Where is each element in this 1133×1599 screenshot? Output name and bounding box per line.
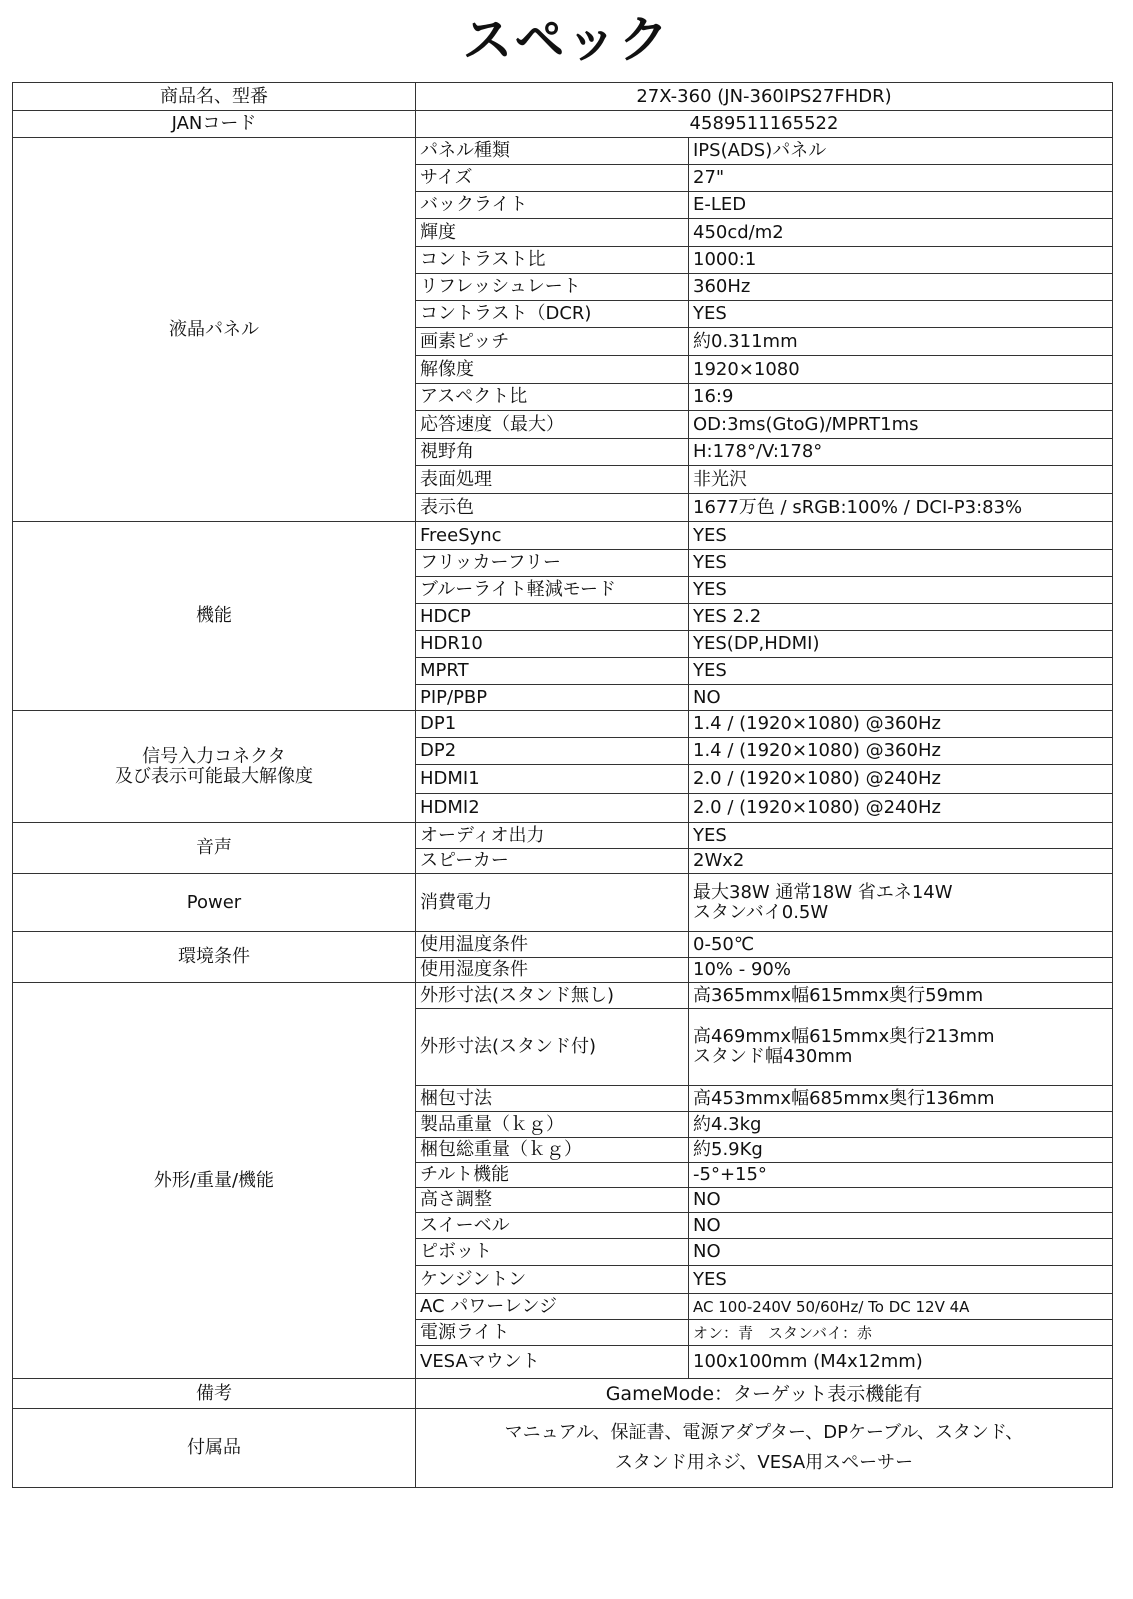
spec-row-jan-code: JANコード 4589511165522 xyxy=(13,111,1113,138)
spec-value: YES xyxy=(689,577,1113,604)
spec-item: VESAマウント xyxy=(416,1346,689,1379)
spec-item: チルト機能 xyxy=(416,1163,689,1188)
spec-item: コントラスト（DCR) xyxy=(416,301,689,328)
category-features: 機能 xyxy=(13,522,416,711)
spec-value: 2Wx2 xyxy=(689,849,1113,874)
table-row: 液晶パネル パネル種類 IPS(ADS)パネル xyxy=(13,138,1113,165)
value-line: スタンド幅430mm xyxy=(693,1047,1108,1067)
jan-code-label: JANコード xyxy=(13,111,416,138)
category-power: Power xyxy=(13,874,416,932)
spec-value: NO xyxy=(689,685,1113,711)
spec-value: 0-50℃ xyxy=(689,932,1113,958)
spec-value: YES 2.2 xyxy=(689,604,1113,631)
spec-item: AC パワーレンジ xyxy=(416,1294,689,1320)
spec-table: 商品名、型番 27X-360 (JN-360IPS27FHDR) JANコード … xyxy=(12,82,1113,1488)
spec-item: 製品重量（ｋｇ） xyxy=(416,1112,689,1138)
spec-item: HDMI2 xyxy=(416,794,689,823)
spec-item: 外形寸法(スタンド無し) xyxy=(416,983,689,1009)
category-line: 及び表示可能最大解像度 xyxy=(17,767,411,787)
product-name-value: 27X-360 (JN-360IPS27FHDR) xyxy=(416,83,1113,111)
spec-value: YES xyxy=(689,522,1113,550)
category-audio: 音声 xyxy=(13,823,416,874)
spec-value: 1920×1080 xyxy=(689,356,1113,384)
spec-value: YES xyxy=(689,823,1113,849)
spec-value: 10% - 90% xyxy=(689,958,1113,983)
category-lcd-panel: 液晶パネル xyxy=(13,138,416,522)
product-name-label: 商品名、型番 xyxy=(13,83,416,111)
spec-value: 1.4 / (1920×1080) @360Hz xyxy=(689,738,1113,765)
table-row: 音声 オーディオ出力 YES xyxy=(13,823,1113,849)
category-line: 信号入力コネクタ xyxy=(17,747,411,767)
spec-item: MPRT xyxy=(416,658,689,685)
spec-item: PIP/PBP xyxy=(416,685,689,711)
spec-value: オン：青 スタンバイ：赤 xyxy=(689,1320,1113,1346)
spec-value: 450cd/m2 xyxy=(689,219,1113,247)
spec-value: AC 100-240V 50/60Hz/ To DC 12V 4A xyxy=(689,1294,1113,1320)
spec-value: 約4.3kg xyxy=(689,1112,1113,1138)
spec-item: ケンジントン xyxy=(416,1266,689,1294)
spec-value: 100x100mm (M4x12mm) xyxy=(689,1346,1113,1379)
spec-item: アスペクト比 xyxy=(416,384,689,411)
spec-value: YES(DP,HDMI) xyxy=(689,631,1113,658)
accessories-label: 付属品 xyxy=(13,1409,416,1488)
spec-value: 1677万色 / sRGB:100% / DCI-P3:83% xyxy=(689,494,1113,522)
spec-value: 高365mmx幅615mmx奥行59mm xyxy=(689,983,1113,1009)
spec-item: 輝度 xyxy=(416,219,689,247)
value-line: 最大38W 通常18W 省エネ14W xyxy=(693,883,1108,903)
value-line: スタンバイ0.5W xyxy=(693,903,1108,923)
page-title: スペック xyxy=(0,8,1133,72)
value-line: 高469mmx幅615mmx奥行213mm xyxy=(693,1027,1108,1047)
spec-item: 解像度 xyxy=(416,356,689,384)
spec-item: コントラスト比 xyxy=(416,247,689,274)
spec-value: 最大38W 通常18W 省エネ14W スタンバイ0.5W xyxy=(689,874,1113,932)
spec-item: パネル種類 xyxy=(416,138,689,165)
spec-value: 高469mmx幅615mmx奥行213mm スタンド幅430mm xyxy=(689,1009,1113,1086)
spec-item: サイズ xyxy=(416,165,689,192)
accessories-value: マニュアル、保証書、電源アダプター、DPケーブル、スタンド、 スタンド用ネジ、V… xyxy=(416,1409,1113,1488)
spec-item: HDMI1 xyxy=(416,765,689,794)
spec-item: DP1 xyxy=(416,711,689,738)
remarks-label: 備考 xyxy=(13,1379,416,1409)
spec-value: 2.0 / (1920×1080) @240Hz xyxy=(689,794,1113,823)
spec-item: 応答速度（最大） xyxy=(416,411,689,439)
spec-value: OD:3ms(GtoG)/MPRT1ms xyxy=(689,411,1113,439)
spec-value: YES xyxy=(689,301,1113,328)
spec-item: 消費電力 xyxy=(416,874,689,932)
spec-value: NO xyxy=(689,1213,1113,1239)
spec-value: 1.4 / (1920×1080) @360Hz xyxy=(689,711,1113,738)
spec-item: 外形寸法(スタンド付) xyxy=(416,1009,689,1086)
spec-item: 使用温度条件 xyxy=(416,932,689,958)
category-input-connectors: 信号入力コネクタ 及び表示可能最大解像度 xyxy=(13,711,416,823)
spec-value: -5°+15° xyxy=(689,1163,1113,1188)
table-row: 信号入力コネクタ 及び表示可能最大解像度 DP1 1.4 / (1920×108… xyxy=(13,711,1113,738)
spec-item: 使用湿度条件 xyxy=(416,958,689,983)
category-environment: 環境条件 xyxy=(13,932,416,983)
spec-item: FreeSync xyxy=(416,522,689,550)
spec-value: 2.0 / (1920×1080) @240Hz xyxy=(689,765,1113,794)
spec-item: 高さ調整 xyxy=(416,1188,689,1213)
spec-item: フリッカーフリー xyxy=(416,550,689,577)
spec-value: IPS(ADS)パネル xyxy=(689,138,1113,165)
spec-value: H:178°/V:178° xyxy=(689,439,1113,466)
spec-item: HDR10 xyxy=(416,631,689,658)
spec-item: HDCP xyxy=(416,604,689,631)
remarks-value: GameMode：ターゲット表示機能有 xyxy=(416,1379,1113,1409)
spec-value: NO xyxy=(689,1239,1113,1266)
category-dimensions: 外形/重量/機能 xyxy=(13,983,416,1379)
spec-item: オーディオ出力 xyxy=(416,823,689,849)
spec-item: 梱包総重量（ｋｇ） xyxy=(416,1138,689,1163)
spec-item: バックライト xyxy=(416,192,689,219)
value-line: マニュアル、保証書、電源アダプター、DPケーブル、スタンド、 xyxy=(420,1418,1108,1448)
spec-item: ブルーライト軽減モード xyxy=(416,577,689,604)
value-line: スタンド用ネジ、VESA用スペーサー xyxy=(420,1448,1108,1478)
spec-value: 1000:1 xyxy=(689,247,1113,274)
spec-value: YES xyxy=(689,658,1113,685)
spec-value: NO xyxy=(689,1188,1113,1213)
spec-item: 画素ピッチ xyxy=(416,328,689,356)
spec-value: 約0.311mm xyxy=(689,328,1113,356)
spec-value: 360Hz xyxy=(689,274,1113,301)
spec-value: 高453mmx幅685mmx奥行136mm xyxy=(689,1086,1113,1112)
spec-item: 梱包寸法 xyxy=(416,1086,689,1112)
spec-item: DP2 xyxy=(416,738,689,765)
spec-row-remarks: 備考 GameMode：ターゲット表示機能有 xyxy=(13,1379,1113,1409)
spec-item: リフレッシュレート xyxy=(416,274,689,301)
spec-row-product-name: 商品名、型番 27X-360 (JN-360IPS27FHDR) xyxy=(13,83,1113,111)
spec-value: YES xyxy=(689,1266,1113,1294)
jan-code-value: 4589511165522 xyxy=(416,111,1113,138)
table-row: 機能 FreeSync YES xyxy=(13,522,1113,550)
spec-row-accessories: 付属品 マニュアル、保証書、電源アダプター、DPケーブル、スタンド、 スタンド用… xyxy=(13,1409,1113,1488)
spec-value: 16:9 xyxy=(689,384,1113,411)
table-row: Power 消費電力 最大38W 通常18W 省エネ14W スタンバイ0.5W xyxy=(13,874,1113,932)
spec-value: 約5.9Kg xyxy=(689,1138,1113,1163)
spec-value: E-LED xyxy=(689,192,1113,219)
spec-item: スイーベル xyxy=(416,1213,689,1239)
spec-item: 視野角 xyxy=(416,439,689,466)
table-row: 外形/重量/機能 外形寸法(スタンド無し) 高365mmx幅615mmx奥行59… xyxy=(13,983,1113,1009)
table-row: 環境条件 使用温度条件 0-50℃ xyxy=(13,932,1113,958)
spec-value: 非光沢 xyxy=(689,466,1113,494)
spec-item: ピボット xyxy=(416,1239,689,1266)
spec-value: 27" xyxy=(689,165,1113,192)
spec-value: YES xyxy=(689,550,1113,577)
spec-item: 電源ライト xyxy=(416,1320,689,1346)
spec-item: 表示色 xyxy=(416,494,689,522)
spec-item: スピーカー xyxy=(416,849,689,874)
spec-item: 表面処理 xyxy=(416,466,689,494)
